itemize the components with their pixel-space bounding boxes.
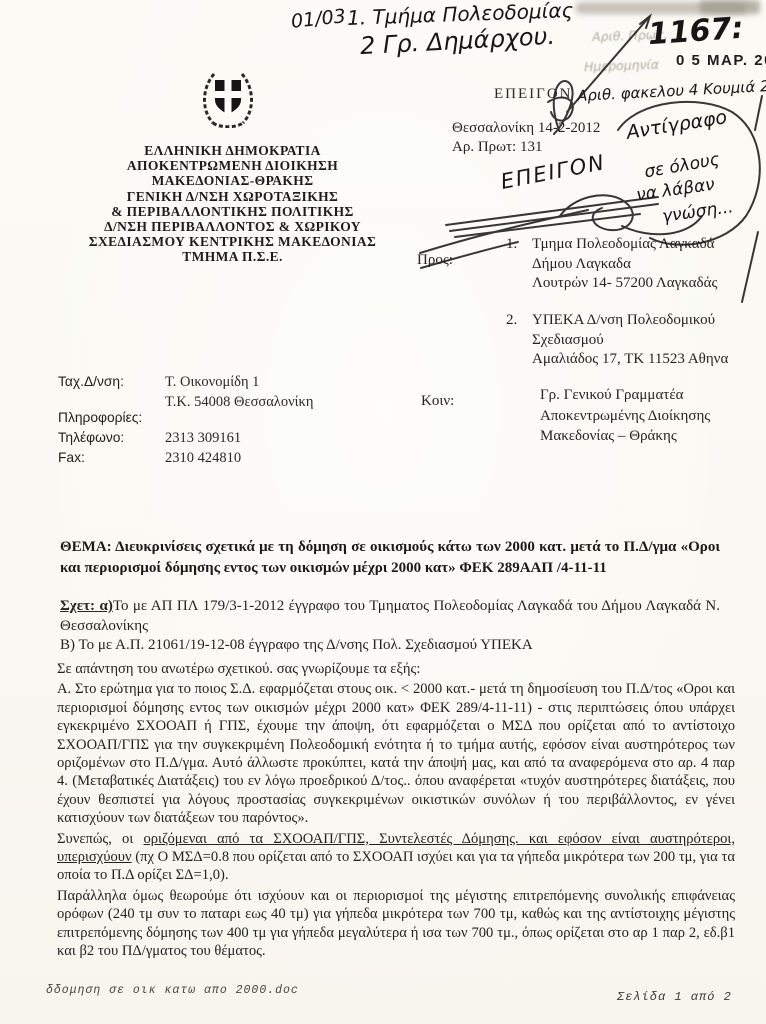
city-date: Θεσσαλονίκη 14-2-2012 — [452, 120, 600, 137]
recipient-number: 1. — [506, 235, 517, 255]
letterhead-line: ΑΠΟΚΕΝΤΡΩΜΕΝΗ ΔΙΟΙΚΗΣΗ — [65, 158, 400, 173]
fax-label: Fax: — [58, 448, 165, 468]
recipient-line: Σχεδιασμού — [532, 331, 728, 351]
address-value: Τ. Οικονομίδη 1 — [165, 372, 259, 392]
footer-page-indicator: Σελίδα 1 από 2 — [617, 990, 732, 1004]
letterhead: ΕΛΛΗΝΙΚΗ ΔΗΜΟΚΡΑΤΙΑ ΑΠΟΚΕΝΤΡΩΜΕΝΗ ΔΙΟΙΚΗ… — [65, 143, 400, 265]
contact-block: Ταχ.Δ/νση: Τ. Οικονομίδη 1 Τ.Κ. 54008 Θε… — [58, 372, 313, 468]
cc-line: Αποκεντρωμένης Διοίκησης — [540, 406, 710, 427]
recipient-1: 1. Τμημα Πολεοδομίας Λαγκαδά Δήμου Λαγκα… — [532, 235, 717, 294]
recipient-line: ΥΠΕΚΑ Δ/νση Πολεοδομικού — [532, 311, 728, 331]
fax-value: 2310 424810 — [165, 448, 241, 468]
letterhead-line: & ΠΕΡΙΒΑΛΛΟΝΤΙΚΗΣ ΠΟΛΙΤΙΚΗΣ — [65, 204, 400, 219]
body-paragraph-4: Παράλληλα όμως θεωρούμε ότι ισχύουν και … — [57, 887, 735, 961]
cc-line: Μακεδονίας – Θράκης — [540, 426, 710, 447]
body-p3-prefix: Συνεπώς, οι — [57, 831, 143, 847]
handwritten-folder-note: Αριθ. φακελου 4 Κουμιά 2 — [577, 77, 766, 105]
cc-label: Κοιν: — [421, 393, 454, 410]
body-paragraph-3: Συνεπώς, οι οριζόμεναι από τα ΣΧΟΟΑΠ/ΓΠΣ… — [57, 830, 735, 885]
letter-body: Σε απάντηση του ανωτέρω σχετικού. σας γν… — [57, 660, 735, 963]
recipient-line: Αμαλιάδος 17, ΤΚ 11523 Αθηνα — [532, 350, 728, 370]
cc-line: Γρ. Γενικού Γραμματέα — [540, 385, 710, 406]
letterhead-line: ΤΜΗΜΑ Π.Σ.Ε. — [65, 249, 400, 264]
references-label: Σχετ: α) — [60, 598, 113, 614]
letterhead-line: Δ/ΝΣΗ ΠΕΡΙΒΑΛΛΟΝΤΟΣ & ΧΩΡΙΚΟΥ — [65, 219, 400, 234]
handwritten-urgent: ΕΠΕΙΓΟΝ — [499, 150, 608, 194]
recipient-2: 2. ΥΠΕΚΑ Δ/νση Πολεοδομικού Σχεδιασμού Α… — [532, 311, 728, 370]
reference-a: Το με ΑΠ ΠΛ 179/3-1-2012 έγγραφο του Τμη… — [60, 598, 720, 634]
stamp-date-label: Ημερομηνία — [584, 57, 660, 75]
body-paragraph-1: Σε απάντηση του ανωτέρω σχετικού. σας γν… — [57, 660, 735, 678]
references-block: Σχετ: α)Το με ΑΠ ΠΛ 179/3-1-2012 έγγραφο… — [60, 597, 720, 656]
letterhead-line: ΣΧΕΔΙΑΣΜΟΥ ΚΕΝΤΡΙΚΗΣ ΜΑΚΕΔΟΝΙΑΣ — [65, 234, 400, 249]
footer-file-name: δδομηση σε οικ κατω απο 2000.doc — [46, 984, 299, 997]
recipient-line: Δήμου Λαγκαδα — [532, 255, 717, 275]
date-stamp: 0 5 ΜΑΡ. 20 — [676, 52, 766, 69]
reference-b: Β) Το με Α.Π. 21061/19-12-08 έγγραφο της… — [60, 636, 720, 656]
handwritten-copy-note-4: γνώση... — [661, 197, 735, 227]
recipient-line: Τμημα Πολεοδομίας Λαγκαδά — [532, 235, 717, 255]
letterhead-line: ΓΕΝΙΚΗ Δ/ΝΣΗ ΧΩΡΟΤΑΞΙΚΗΣ — [65, 189, 400, 204]
greek-coat-of-arms-emblem — [200, 68, 256, 128]
letterhead-line: ΕΛΛΗΝΙΚΗ ΔΗΜΟΚΡΑΤΙΑ — [65, 143, 400, 158]
recipient-line: Λουτρών 14- 57200 Λαγκαδάς — [532, 274, 717, 294]
scanned-letter-page: 01/03 1. Τμήμα Πολεοδομίας 2 Γρ. Δημάρχο… — [0, 0, 766, 1024]
handwritten-protocol-number: 1167: — [647, 11, 745, 53]
phone-label: Τηλέφωνο: — [58, 428, 165, 448]
body-p3-rest: (πχ Ο ΜΣΔ=0.8 που ορίζεται από το ΣΧΟΟΑΠ… — [57, 849, 735, 883]
subject-line: ΘΕΜΑ: Διευκρινίσεις σχετικά με τη δόμηση… — [60, 537, 720, 579]
recipient-number: 2. — [506, 311, 517, 331]
to-label: Προς: — [417, 252, 453, 269]
body-paragraph-2: Α. Στο ερώτημα για το ποιος Σ.Δ. εφαρμόζ… — [57, 680, 735, 827]
protocol-number: Αρ. Πρωτ: 131 — [452, 139, 542, 156]
handwritten-copy-note-1: Αντίγραφο — [625, 106, 729, 144]
urgent-label: ΕΠΕΙΓΟΝ — [494, 86, 573, 103]
info-label: Πληροφορίες: — [58, 408, 142, 428]
address-value-2: Τ.Κ. 54008 Θεσσαλονίκη — [165, 392, 313, 412]
phone-value: 2313 309161 — [165, 428, 241, 448]
handwritten-route-code: 01/03 — [290, 5, 347, 33]
letterhead-line: ΜΑΚΕΔΟΝΙΑΣ-ΘΡΑΚΗΣ — [65, 173, 400, 188]
cc-block: Γρ. Γενικού Γραμματέα Αποκεντρωμένης Διο… — [540, 385, 710, 447]
address-label: Ταχ.Δ/νση: — [58, 372, 165, 392]
